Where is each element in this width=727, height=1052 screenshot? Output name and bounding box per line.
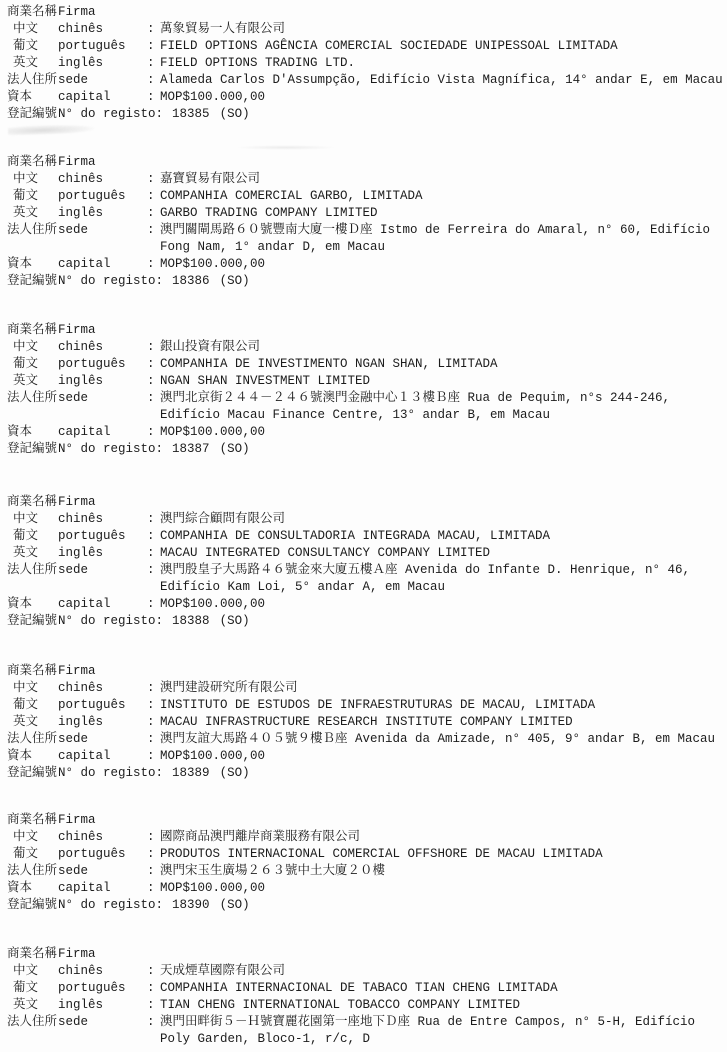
entry-row: 法人住所sede:澳門關閘馬路６０號豐南大廈一樓Ｄ座 Istmo de Ferr… xyxy=(7,222,727,239)
entry-row: 英文inglês:MACAU INFRASTRUCTURE RESEARCH I… xyxy=(7,714,727,731)
colon-separator: : xyxy=(147,373,160,390)
company-name-zh: 澳門綜合顧問有限公司 xyxy=(160,511,285,528)
colon-separator: : xyxy=(147,963,160,980)
scan-smudge-artifact xyxy=(8,124,94,136)
field-label-zh-portuguese: 葡文 xyxy=(7,980,58,997)
field-label-pt-sede: sede xyxy=(58,1014,147,1031)
field-label-pt-chinese: chinês xyxy=(58,511,147,528)
colon-separator: : xyxy=(147,55,160,72)
field-label-pt-firma: Firma xyxy=(58,946,147,963)
entry-row: 資本capital:MOP$100.000,00 xyxy=(7,424,727,441)
entry-row: 法人住所sede:澳門田畔街５－Ｈ號寶麗花園第一座地下Ｄ座 Rua de Ent… xyxy=(7,1014,727,1031)
field-label-zh-capital: 資本 xyxy=(7,256,58,273)
field-label-pt-english: inglês xyxy=(58,55,147,72)
entry-row: 中文chinês:澳門綜合顧問有限公司 xyxy=(7,511,727,528)
field-label-zh-portuguese: 葡文 xyxy=(7,697,58,714)
capital-value: MOP$100.000,00 xyxy=(160,89,265,106)
registration-suffix: (SO) xyxy=(220,765,250,782)
registration-number: 18387 xyxy=(172,441,210,458)
colon-separator: : xyxy=(147,1014,160,1031)
colon-separator: : xyxy=(147,997,160,1014)
company-name-en: FIELD OPTIONS TRADING LTD. xyxy=(160,55,355,72)
registration-entry: 商業名稱Firma中文chinês:澳門建設研究所有限公司葡文português… xyxy=(0,663,727,782)
field-label-pt-firma: Firma xyxy=(58,663,147,680)
colon-separator: : xyxy=(147,424,160,441)
capital-value: MOP$100.000,00 xyxy=(160,880,265,897)
field-label-zh-firma: 商業名稱 xyxy=(7,494,58,511)
entry-row: 法人住所sede:Alameda Carlos D'Assumpção, Edi… xyxy=(7,72,727,89)
capital-value: MOP$100.000,00 xyxy=(160,596,265,613)
field-label-zh-portuguese: 葡文 xyxy=(7,38,58,55)
entry-row: 英文inglês:TIAN CHENG INTERNATIONAL TOBACC… xyxy=(7,997,727,1014)
entry-row: 資本capital:MOP$100.000,00 xyxy=(7,748,727,765)
registration-suffix: (SO) xyxy=(220,897,250,914)
field-label-pt-chinese: chinês xyxy=(58,21,147,38)
registration-number: 18385 xyxy=(172,106,210,123)
entry-row: 中文chinês:銀山投資有限公司 xyxy=(7,339,727,356)
capital-value: MOP$100.000,00 xyxy=(160,748,265,765)
company-name-en: MACAU INTEGRATED CONSULTANCY COMPANY LIM… xyxy=(160,545,490,562)
registration-suffix: (SO) xyxy=(220,441,250,458)
field-label-pt-english: inglês xyxy=(58,997,147,1014)
company-name-zh: 天成煙草國際有限公司 xyxy=(160,963,285,980)
field-label-zh-capital: 資本 xyxy=(7,880,58,897)
field-label-zh-firma: 商業名稱 xyxy=(7,154,58,171)
registration-number-row: 登記編號N° do registo:18388(SO) xyxy=(7,613,727,630)
registration-number: 18386 xyxy=(172,273,210,290)
field-label-zh-portuguese: 葡文 xyxy=(7,356,58,373)
registration-number-row: 登記編號N° do registo:18385(SO) xyxy=(7,106,727,123)
field-label-pt-english: inglês xyxy=(58,205,147,222)
field-label-pt-firma: Firma xyxy=(58,154,147,171)
field-label-zh-portuguese: 葡文 xyxy=(7,528,58,545)
colon-separator: : xyxy=(147,731,160,748)
field-label-zh-chinese: 中文 xyxy=(7,339,58,356)
colon-separator: : xyxy=(147,222,160,239)
field-label-pt-portuguese: português xyxy=(58,528,147,545)
registered-office-line: Fong Nam, 1° andar D, em Macau xyxy=(160,239,385,256)
registered-office-line: 澳門關閘馬路６０號豐南大廈一樓Ｄ座 Istmo de Ferreira do A… xyxy=(160,222,710,239)
colon-separator: : xyxy=(147,171,160,188)
entry-row: 英文inglês:GARBO TRADING COMPANY LIMITED xyxy=(7,205,727,222)
registered-office-line: Edifício Macau Finance Centre, 13° andar… xyxy=(160,407,550,424)
company-name-zh: 國際商品澳門離岸商業服務有限公司 xyxy=(160,829,360,846)
colon-separator: : xyxy=(147,339,160,356)
entry-row: 資本capital:MOP$100.000,00 xyxy=(7,596,727,613)
field-label-zh-firma: 商業名稱 xyxy=(7,4,58,21)
entry-row: 資本capital:MOP$100.000,00 xyxy=(7,89,727,106)
company-name-en: MACAU INFRASTRUCTURE RESEARCH INSTITUTE … xyxy=(160,714,573,731)
field-label-pt-capital: capital xyxy=(58,596,147,613)
field-label-zh-chinese: 中文 xyxy=(7,829,58,846)
field-label-zh-sede: 法人住所 xyxy=(7,222,58,239)
field-label-zh-firma: 商業名稱 xyxy=(7,663,58,680)
company-name-en: GARBO TRADING COMPANY LIMITED xyxy=(160,205,378,222)
company-name-zh: 澳門建設研究所有限公司 xyxy=(160,680,298,697)
field-label-zh-english: 英文 xyxy=(7,55,58,72)
field-label-pt-sede: sede xyxy=(58,72,147,89)
entry-row: 葡文português:COMPANHIA COMERCIAL GARBO, L… xyxy=(7,188,727,205)
field-label-pt-capital: capital xyxy=(58,748,147,765)
field-label-zh-registo: 登記編號 xyxy=(7,613,57,630)
colon-separator: : xyxy=(147,256,160,273)
field-label-pt-sede: sede xyxy=(58,863,147,880)
field-label-zh-chinese: 中文 xyxy=(7,963,58,980)
field-label-pt-sede: sede xyxy=(58,222,147,239)
field-label-pt-english: inglês xyxy=(58,714,147,731)
field-label-pt-english: inglês xyxy=(58,545,147,562)
colon-separator: : xyxy=(147,528,160,545)
entry-row: 中文chinês:嘉寶貿易有限公司 xyxy=(7,171,727,188)
colon-separator: : xyxy=(147,356,160,373)
colon-separator: : xyxy=(147,748,160,765)
field-label-zh-english: 英文 xyxy=(7,997,58,1014)
field-label-pt-english: inglês xyxy=(58,373,147,390)
entry-row: 葡文português:COMPANHIA DE CONSULTADORIA I… xyxy=(7,528,727,545)
registration-entry: 商業名稱Firma中文chinês:銀山投資有限公司葡文português:CO… xyxy=(0,322,727,458)
field-label-pt-registo: N° do registo: xyxy=(58,441,163,458)
registration-entry: 商業名稱Firma中文chinês:國際商品澳門離岸商業服務有限公司葡文port… xyxy=(0,812,727,914)
field-label-zh-firma: 商業名稱 xyxy=(7,322,58,339)
field-label-zh-english: 英文 xyxy=(7,545,58,562)
colon-separator: : xyxy=(147,880,160,897)
field-label-pt-registo: N° do registo: xyxy=(58,106,163,123)
entry-row: 英文inglês:FIELD OPTIONS TRADING LTD. xyxy=(7,55,727,72)
registration-entry: 商業名稱Firma中文chinês:萬象貿易一人有限公司葡文português:… xyxy=(0,4,727,123)
scan-smudge-artifact xyxy=(236,145,336,150)
field-label-zh-english: 英文 xyxy=(7,714,58,731)
entry-header-row: 商業名稱Firma xyxy=(7,4,727,21)
field-label-pt-registo: N° do registo: xyxy=(58,613,163,630)
entry-row: 中文chinês:澳門建設研究所有限公司 xyxy=(7,680,727,697)
colon-separator: : xyxy=(147,545,160,562)
entry-row: 中文chinês:國際商品澳門離岸商業服務有限公司 xyxy=(7,829,727,846)
entry-row: 法人住所sede:澳門殷皇子大馬路４６號金來大廈五樓Ａ座 Avenida do … xyxy=(7,562,727,579)
field-label-pt-portuguese: português xyxy=(58,980,147,997)
entry-row: 葡文português:PRODUTOS INTERNACIONAL COMER… xyxy=(7,846,727,863)
company-name-zh: 萬象貿易一人有限公司 xyxy=(160,21,285,38)
registration-number-row: 登記編號N° do registo:18389(SO) xyxy=(7,765,727,782)
entry-row: Fong Nam, 1° andar D, em Macau xyxy=(7,239,727,256)
entry-row: 法人住所sede:澳門友誼大馬路４０５號９樓Ｂ座 Avenida da Amiz… xyxy=(7,731,727,748)
colon-separator: : xyxy=(147,596,160,613)
entry-row: 中文chinês:天成煙草國際有限公司 xyxy=(7,963,727,980)
company-name-zh: 嘉寶貿易有限公司 xyxy=(160,171,260,188)
field-label-pt-chinese: chinês xyxy=(58,829,147,846)
field-label-pt-chinese: chinês xyxy=(58,680,147,697)
field-label-pt-registo: N° do registo: xyxy=(58,897,163,914)
registration-number: 18388 xyxy=(172,613,210,630)
company-name-pt: COMPANHIA DE INVESTIMENTO NGAN SHAN, LIM… xyxy=(160,356,498,373)
entry-row: 資本capital:MOP$100.000,00 xyxy=(7,256,727,273)
field-label-zh-capital: 資本 xyxy=(7,596,58,613)
entry-row: 資本capital:MOP$100.000,00 xyxy=(7,880,727,897)
field-label-zh-english: 英文 xyxy=(7,373,58,390)
company-name-pt: FIELD OPTIONS AGÊNCIA COMERCIAL SOCIEDAD… xyxy=(160,38,618,55)
entry-header-row: 商業名稱Firma xyxy=(7,812,727,829)
field-label-pt-firma: Firma xyxy=(58,322,147,339)
colon-separator: : xyxy=(147,390,160,407)
field-label-zh-chinese: 中文 xyxy=(7,171,58,188)
field-label-pt-sede: sede xyxy=(58,731,147,748)
field-label-pt-chinese: chinês xyxy=(58,171,147,188)
entry-row: 英文inglês:NGAN SHAN INVESTMENT LIMITED xyxy=(7,373,727,390)
colon-separator: : xyxy=(147,188,160,205)
registration-number-row: 登記編號N° do registo:18386(SO) xyxy=(7,273,727,290)
entry-row: 中文chinês:萬象貿易一人有限公司 xyxy=(7,21,727,38)
field-label-pt-portuguese: português xyxy=(58,188,147,205)
registration-number-row: 登記編號N° do registo:18387(SO) xyxy=(7,441,727,458)
registration-suffix: (SO) xyxy=(220,106,250,123)
field-label-pt-firma: Firma xyxy=(58,4,147,21)
registration-entry: 商業名稱Firma中文chinês:澳門綜合顧問有限公司葡文português:… xyxy=(0,494,727,630)
field-label-pt-capital: capital xyxy=(58,424,147,441)
field-label-zh-capital: 資本 xyxy=(7,424,58,441)
field-label-pt-portuguese: português xyxy=(58,697,147,714)
colon-separator: : xyxy=(147,562,160,579)
colon-separator: : xyxy=(147,205,160,222)
field-label-zh-capital: 資本 xyxy=(7,89,58,106)
registered-office-line: Alameda Carlos D'Assumpção, Edifício Vis… xyxy=(160,72,723,89)
registration-entry: 商業名稱Firma中文chinês:嘉寶貿易有限公司葡文português:CO… xyxy=(0,154,727,290)
field-label-zh-registo: 登記編號 xyxy=(7,106,57,123)
field-label-zh-portuguese: 葡文 xyxy=(7,846,58,863)
registration-number: 18389 xyxy=(172,765,210,782)
company-name-en: NGAN SHAN INVESTMENT LIMITED xyxy=(160,373,370,390)
field-label-pt-registo: N° do registo: xyxy=(58,765,163,782)
registration-suffix: (SO) xyxy=(220,613,250,630)
field-label-zh-firma: 商業名稱 xyxy=(7,946,58,963)
field-label-pt-firma: Firma xyxy=(58,494,147,511)
colon-separator: : xyxy=(147,863,160,880)
company-name-pt: INSTITUTO DE ESTUDOS DE INFRAESTRUTURAS … xyxy=(160,697,595,714)
field-label-zh-chinese: 中文 xyxy=(7,21,58,38)
field-label-pt-portuguese: português xyxy=(58,846,147,863)
field-label-zh-chinese: 中文 xyxy=(7,680,58,697)
capital-value: MOP$100.000,00 xyxy=(160,256,265,273)
entry-header-row: 商業名稱Firma xyxy=(7,154,727,171)
field-label-zh-chinese: 中文 xyxy=(7,511,58,528)
entry-header-row: 商業名稱Firma xyxy=(7,663,727,680)
field-label-zh-sede: 法人住所 xyxy=(7,562,58,579)
field-label-zh-sede: 法人住所 xyxy=(7,390,58,407)
colon-separator: : xyxy=(147,511,160,528)
entry-row: 葡文português:FIELD OPTIONS AGÊNCIA COMERC… xyxy=(7,38,727,55)
registration-number: 18390 xyxy=(172,897,210,914)
colon-separator: : xyxy=(147,89,160,106)
company-name-pt: COMPANHIA COMERCIAL GARBO, LIMITADA xyxy=(160,188,423,205)
field-label-zh-sede: 法人住所 xyxy=(7,1014,58,1031)
field-label-pt-firma: Firma xyxy=(58,812,147,829)
field-label-zh-registo: 登記編號 xyxy=(7,897,57,914)
colon-separator: : xyxy=(147,714,160,731)
field-label-zh-firma: 商業名稱 xyxy=(7,812,58,829)
entry-row: Edifício Macau Finance Centre, 13° andar… xyxy=(7,407,727,424)
registration-entry: 商業名稱Firma中文chinês:天成煙草國際有限公司葡文português:… xyxy=(0,946,727,1048)
field-label-zh-capital: 資本 xyxy=(7,748,58,765)
field-label-zh-portuguese: 葡文 xyxy=(7,188,58,205)
entry-header-row: 商業名稱Firma xyxy=(7,322,727,339)
colon-separator: : xyxy=(147,829,160,846)
colon-separator: : xyxy=(147,21,160,38)
entry-row: 葡文português:COMPANHIA DE INVESTIMENTO NG… xyxy=(7,356,727,373)
company-name-en: TIAN CHENG INTERNATIONAL TOBACCO COMPANY… xyxy=(160,997,520,1014)
gazette-document-page: 商業名稱Firma中文chinês:萬象貿易一人有限公司葡文português:… xyxy=(0,0,727,1052)
registered-office-line: 澳門宋玉生廣場２６３號中土大廈２０樓 xyxy=(160,863,385,880)
entry-header-row: 商業名稱Firma xyxy=(7,494,727,511)
capital-value: MOP$100.000,00 xyxy=(160,424,265,441)
colon-separator: : xyxy=(147,846,160,863)
field-label-zh-registo: 登記編號 xyxy=(7,765,57,782)
entry-row: 英文inglês:MACAU INTEGRATED CONSULTANCY CO… xyxy=(7,545,727,562)
field-label-pt-registo: N° do registo: xyxy=(58,273,163,290)
colon-separator: : xyxy=(147,72,160,89)
field-label-pt-capital: capital xyxy=(58,880,147,897)
field-label-zh-english: 英文 xyxy=(7,205,58,222)
field-label-zh-registo: 登記編號 xyxy=(7,273,57,290)
entry-row: 法人住所sede:澳門北京街２４４－２４６號澳門金融中心１３樓Ｂ座 Rua de… xyxy=(7,390,727,407)
field-label-pt-chinese: chinês xyxy=(58,963,147,980)
field-label-zh-sede: 法人住所 xyxy=(7,731,58,748)
registration-number-row: 登記編號N° do registo:18390(SO) xyxy=(7,897,727,914)
entry-row: 葡文português:COMPANHIA INTERNACIONAL DE T… xyxy=(7,980,727,997)
entry-header-row: 商業名稱Firma xyxy=(7,946,727,963)
entry-row: 法人住所sede:澳門宋玉生廣場２６３號中土大廈２０樓 xyxy=(7,863,727,880)
field-label-zh-sede: 法人住所 xyxy=(7,863,58,880)
field-label-pt-portuguese: português xyxy=(58,38,147,55)
company-name-pt: COMPANHIA DE CONSULTADORIA INTEGRADA MAC… xyxy=(160,528,550,545)
entry-row: 葡文português:INSTITUTO DE ESTUDOS DE INFR… xyxy=(7,697,727,714)
company-name-pt: COMPANHIA INTERNACIONAL DE TABACO TIAN C… xyxy=(160,980,558,997)
company-name-zh: 銀山投資有限公司 xyxy=(160,339,260,356)
colon-separator: : xyxy=(147,980,160,997)
registered-office-line: 澳門友誼大馬路４０５號９樓Ｂ座 Avenida da Amizade, n° 4… xyxy=(160,731,715,748)
field-label-pt-chinese: chinês xyxy=(58,339,147,356)
field-label-zh-registo: 登記編號 xyxy=(7,441,57,458)
registered-office-line: Poly Garden, Bloco-1, r/c, D xyxy=(160,1031,370,1048)
colon-separator: : xyxy=(147,38,160,55)
colon-separator: : xyxy=(147,697,160,714)
registered-office-line: 澳門北京街２４４－２４６號澳門金融中心１３樓Ｂ座 Rua de Pequim, … xyxy=(160,390,670,407)
colon-separator: : xyxy=(147,680,160,697)
entry-row: Poly Garden, Bloco-1, r/c, D xyxy=(7,1031,727,1048)
entry-row: Edifício Kam Loi, 5° andar A, em Macau xyxy=(7,579,727,596)
field-label-zh-sede: 法人住所 xyxy=(7,72,58,89)
field-label-pt-sede: sede xyxy=(58,562,147,579)
field-label-pt-portuguese: português xyxy=(58,356,147,373)
field-label-pt-capital: capital xyxy=(58,89,147,106)
registered-office-line: 澳門殷皇子大馬路４６號金來大廈五樓Ａ座 Avenida do Infante D… xyxy=(160,562,690,579)
company-name-pt: PRODUTOS INTERNACIONAL COMERCIAL OFFSHOR… xyxy=(160,846,603,863)
field-label-pt-sede: sede xyxy=(58,390,147,407)
field-label-pt-capital: capital xyxy=(58,256,147,273)
registered-office-line: Edifício Kam Loi, 5° andar A, em Macau xyxy=(160,579,445,596)
registered-office-line: 澳門田畔街５－Ｈ號寶麗花園第一座地下Ｄ座 Rua de Entre Campos… xyxy=(160,1014,695,1031)
registration-suffix: (SO) xyxy=(220,273,250,290)
